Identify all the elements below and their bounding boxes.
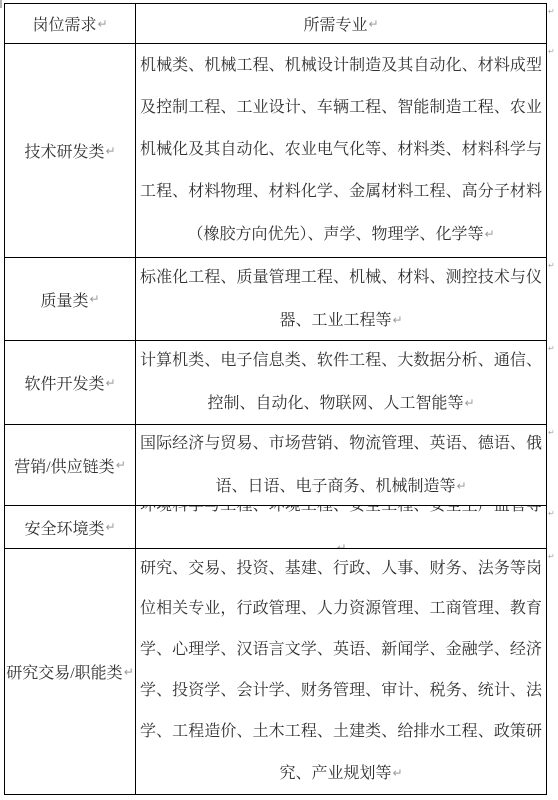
majors-text-line: 语、日语、电子商务、机械制造等↵: [140, 465, 542, 507]
category-label: 营销/供应链类: [14, 454, 114, 477]
majors-cell-research-trading-functions[interactable]: 研究、交易、投资、基建、行政、人事、财务、法务等岗位相关专业，行政管理、人力资源…: [136, 549, 546, 794]
paragraph-mark-icon: ↵: [456, 479, 466, 493]
header-position-label: 岗位需求: [32, 12, 96, 35]
paragraph-mark-icon: ↵: [97, 17, 107, 31]
majors-text-line: 计算机类、电子信息类、软件工程、大数据分析、通信、: [140, 341, 542, 382]
paragraph-mark-icon: ↵: [464, 396, 474, 410]
majors-cell-software[interactable]: 计算机类、电子信息类、软件工程、大数据分析、通信、控制、自动化、物联网、人工智能…: [136, 341, 546, 425]
category-cell-research-trading-functions[interactable]: 研究交易/职能类↵: [5, 549, 136, 794]
paragraph-mark-icon: ↵: [368, 17, 378, 31]
positions-majors-table: 岗位需求↵ 所需专业↵ 技术研发类↵ 机械类、机械工程、机械设计制造及其自动化、…: [4, 3, 547, 795]
majors-text-line: 工程、材料物理、材料化学、金属材料工程、高分子材料: [140, 171, 542, 213]
paragraph-mark-icon: ↵: [116, 458, 126, 472]
majors-text-line: 标准化工程、质量管理工程、机械、材料、测控技术与仪: [140, 258, 542, 299]
category-label: 安全环境类: [24, 516, 104, 539]
paragraph-mark-icon: ↵: [105, 520, 115, 534]
paragraph-mark-icon: ↵: [124, 665, 134, 679]
row-end-mark: ↵: [548, 7, 555, 16]
category-cell-marketing-supplychain[interactable]: 营销/供应链类↵: [5, 425, 136, 506]
majors-cell-quality[interactable]: 标准化工程、质量管理工程、机械、材料、测控技术与仪器、工业工程等↵: [136, 258, 546, 341]
majors-text-line: 究、产业规划等↵: [140, 753, 542, 794]
row-end-mark: ↵: [548, 47, 555, 56]
paragraph-mark-icon: ↵: [105, 144, 115, 158]
majors-text-line: 研究、交易、投资、基建、行政、人事、财务、法务等岗: [140, 549, 542, 589]
paragraph-mark-icon: ↵: [89, 292, 99, 306]
majors-text-line: 器、工业工程等↵: [140, 299, 542, 342]
majors-text-line: 机械类、机械工程、机械设计制造及其自动化、材料成型: [140, 45, 542, 87]
header-cell-position[interactable]: 岗位需求↵: [5, 4, 136, 44]
category-label: 质量类: [40, 288, 88, 311]
category-cell-software[interactable]: 软件开发类↵: [5, 341, 136, 425]
majors-text-line: 及控制工程、工业设计、车辆工程、智能制造工程、农业: [140, 87, 542, 129]
category-cell-safety-environment[interactable]: 安全环境类↵: [5, 506, 136, 549]
paragraph-mark-icon: ↵: [105, 376, 115, 390]
majors-text-line: 位相关专业，行政管理、人力资源管理、工商管理、教育: [140, 589, 542, 630]
majors-cell-safety-environment[interactable]: 环境科学与工程、环境工程、安全工程、安全生产监管等↵: [136, 506, 546, 549]
header-cell-majors[interactable]: 所需专业↵: [136, 4, 546, 44]
category-cell-tech-rd[interactable]: 技术研发类↵: [5, 44, 136, 258]
majors-cell-tech-rd[interactable]: 机械类、机械工程、机械设计制造及其自动化、材料成型及控制工程、工业设计、车辆工程…: [136, 44, 546, 258]
category-label: 软件开发类: [24, 371, 104, 394]
majors-text-line: 国际经济与贸易、市场营销、物流管理、英语、德语、俄: [140, 425, 542, 465]
majors-text-line: 学、投资学、会计学、财务管理、审计、税务、统计、法: [140, 671, 542, 712]
header-majors-label: 所需专业: [303, 12, 367, 35]
paragraph-mark-icon: ↵: [392, 766, 402, 780]
majors-text-line: 环境科学与工程、环境工程、安全工程、安全生产监管等↵: [140, 506, 542, 549]
paragraph-mark-icon: ↵: [336, 541, 346, 550]
majors-text-line: 学、工程造价、土木工程、土建类、给排水工程、政策研: [140, 712, 542, 753]
category-cell-quality[interactable]: 质量类↵: [5, 258, 136, 341]
row-end-mark: ↵: [548, 552, 555, 561]
row-end-mark: ↵: [548, 344, 555, 353]
majors-text-line: （橡胶方向优先）、声学、物理学、化学等↵: [140, 213, 542, 256]
majors-text-line: 控制、自动化、物联网、人工智能等↵: [140, 382, 542, 425]
row-end-mark: ↵: [548, 261, 555, 270]
row-end-mark: ↵: [548, 509, 555, 518]
paragraph-mark-icon: ↵: [392, 313, 402, 327]
row-end-mark: ↵: [548, 428, 555, 437]
majors-cell-marketing-supplychain[interactable]: 国际经济与贸易、市场营销、物流管理、英语、德语、俄语、日语、电子商务、机械制造等…: [136, 425, 546, 506]
category-label: 研究交易/职能类: [6, 660, 122, 683]
category-label: 技术研发类: [24, 139, 104, 162]
majors-text-line: 机械化及其自动化、农业电气化等、材料类、材料科学与: [140, 129, 542, 171]
paragraph-mark-icon: ↵: [484, 227, 494, 241]
table-handle-fragment: [0, 0, 2, 8]
majors-text-line: 学、心理学、汉语言文学、英语、新闻学、金融学、经济: [140, 630, 542, 671]
